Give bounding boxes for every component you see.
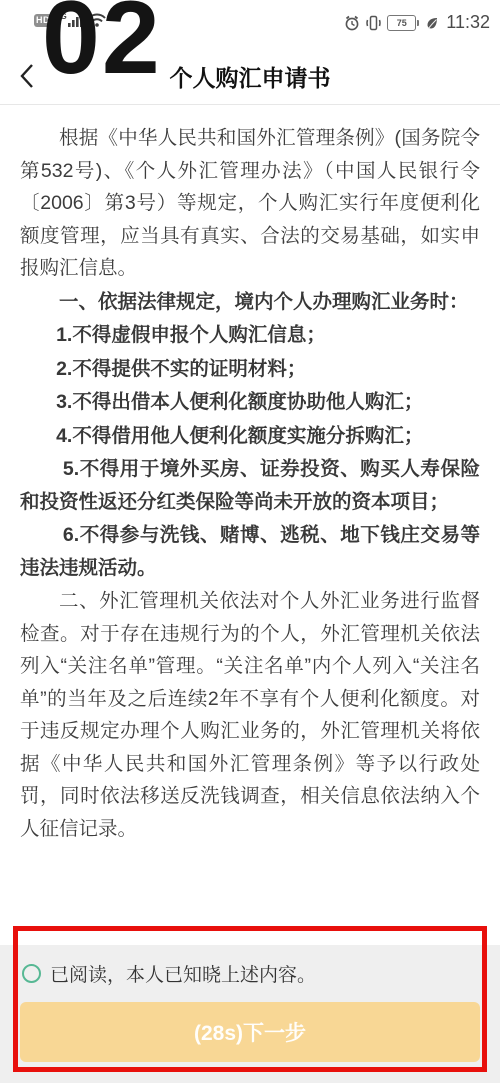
vibrate-icon	[365, 15, 382, 31]
alarm-icon	[344, 15, 360, 31]
paragraph: 根据《中华人民共和国外汇管理条例》(国务院令第532号)、《个人外汇管理办法》（…	[20, 122, 480, 285]
section-one-heading: 一、依据法律规定，境内个人办理购汇业务时：	[20, 286, 480, 319]
rule-item: 6.不得参与洗钱、赌博、逃税、地下钱庄交易等违法违规活动。	[20, 519, 480, 584]
clock-time: 11:32	[446, 12, 490, 33]
power-saving-leaf-icon	[425, 16, 439, 30]
rule-item: 3.不得出借本人便利化额度协助他人购汇；	[20, 386, 480, 419]
rule-item: 4.不得借用他人便利化额度实施分拆购汇；	[20, 420, 480, 453]
step-number-overlay: 02	[42, 0, 162, 93]
battery-icon: 75	[387, 15, 420, 31]
header-divider	[0, 104, 500, 105]
status-bar-right: 75 11:32	[344, 12, 490, 33]
agree-checkbox-label: 已阅读，本人已知晓上述内容。	[50, 960, 316, 987]
agree-checkbox[interactable]	[22, 964, 41, 983]
rule-item: 2.不得提供不实的证明材料；	[20, 353, 480, 386]
agreement-text: 根据《中华人民共和国外汇管理条例》(国务院令第532号)、《个人外汇管理办法》（…	[20, 122, 480, 846]
rule-item: 5.不得用于境外买房、证券投资、购买人寿保险和投资性返还分红类保险等尚未开放的资…	[20, 453, 480, 518]
agree-checkbox-row[interactable]: 已阅读，本人已知晓上述内容。	[22, 960, 316, 987]
rule-item: 1.不得虚假申报个人购汇信息；	[20, 319, 480, 352]
next-step-button[interactable]: (28s)下一步	[20, 1002, 480, 1062]
footer-panel: 已阅读，本人已知晓上述内容。 (28s)下一步	[0, 945, 500, 1083]
section-two-paragraph: 二、外汇管理机关依法对个人外汇业务进行监督检查。对于存在违规行为的个人，外汇管理…	[20, 585, 480, 845]
